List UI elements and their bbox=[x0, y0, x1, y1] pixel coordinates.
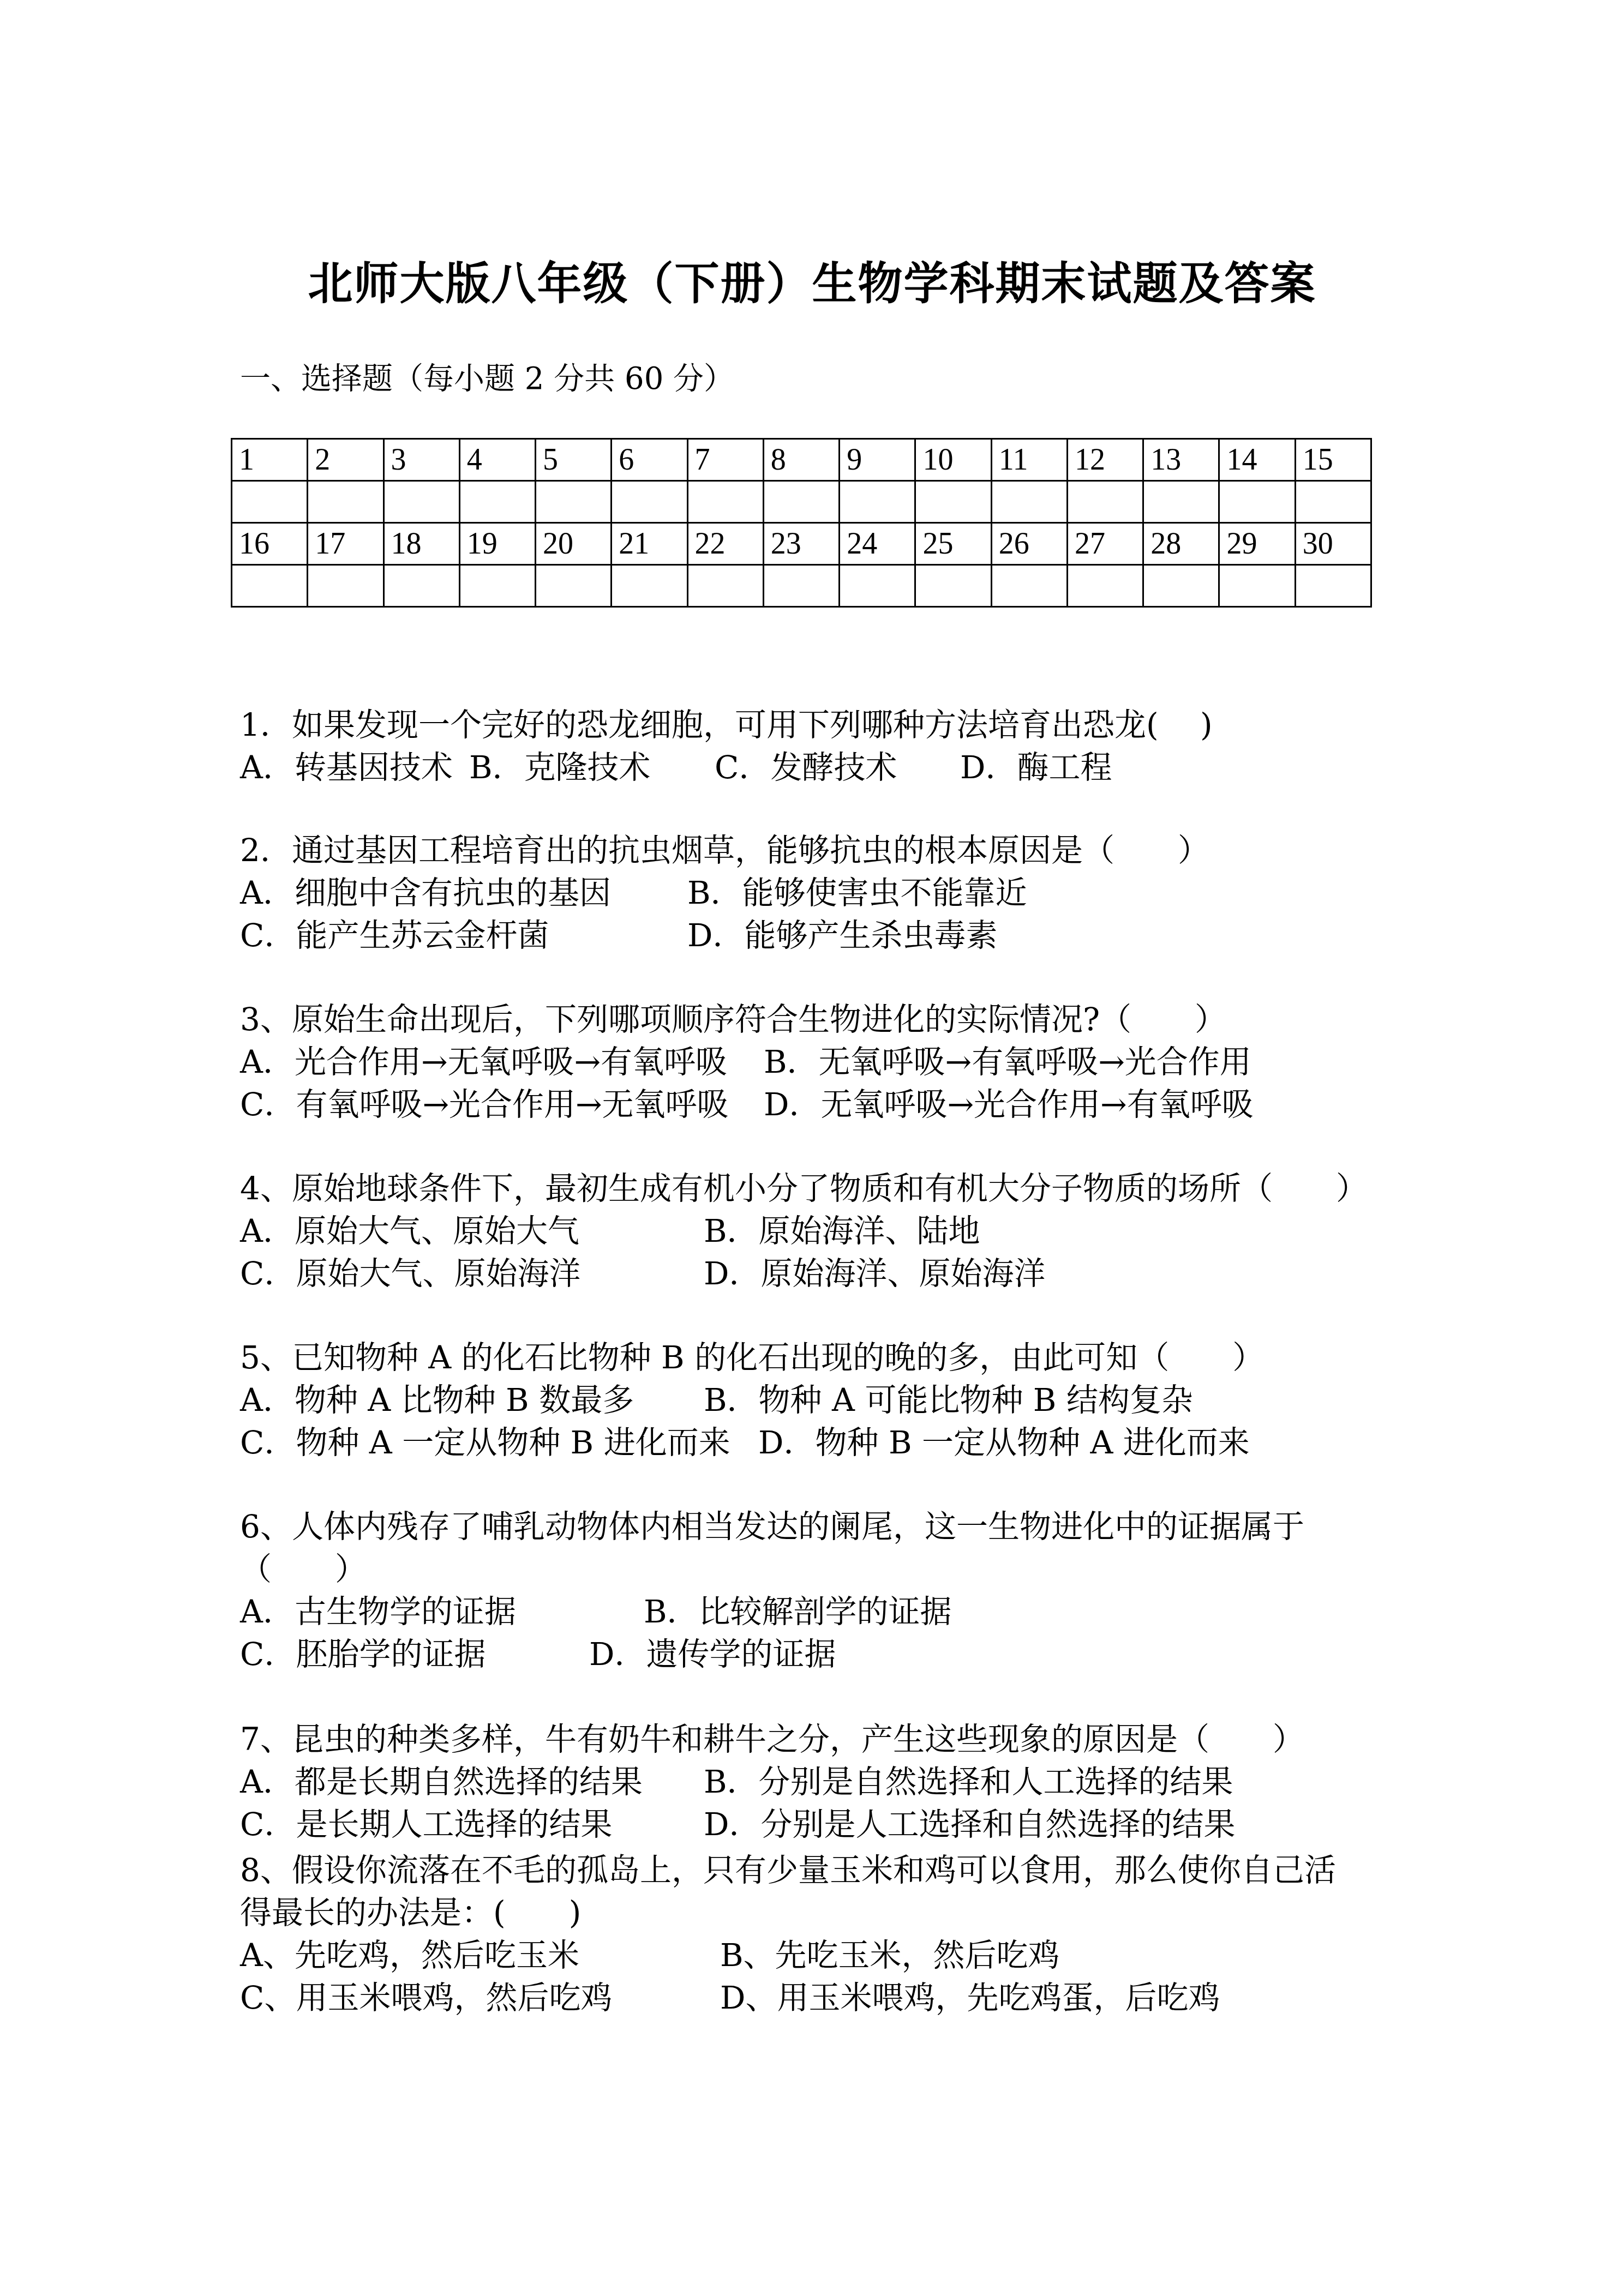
answer-cell[interactable] bbox=[915, 481, 991, 523]
options-row: C．是长期人工选择的结果D．分别是人工选择和自然选择的结果 bbox=[240, 1803, 1304, 1846]
question-number-cell: 13 bbox=[1143, 439, 1219, 481]
answer-cell[interactable] bbox=[1143, 481, 1219, 523]
question-stem: 5、已知物种 A 的化石比物种 B 的化石出现的晚的多，由此可知（ ） bbox=[240, 1336, 1264, 1379]
options-row: A．古生物学的证据B．比较解剖学的证据 bbox=[240, 1590, 1304, 1633]
options-row: A．光合作用→无氧呼吸→有氧呼吸B．无氧呼吸→有氧呼吸→光合作用 bbox=[240, 1041, 1254, 1083]
option-d: D．分别是人工选择和自然选择的结果 bbox=[704, 1803, 1236, 1846]
answer-cell[interactable] bbox=[1143, 565, 1219, 607]
question-number-cell: 9 bbox=[840, 439, 915, 481]
option-d: D．能够产生杀虫毒素 bbox=[687, 914, 998, 957]
question-5: 5、已知物种 A 的化石比物种 B 的化石出现的晚的多，由此可知（ ） A．物种… bbox=[240, 1336, 1264, 1464]
option-a: A．转基因技术 bbox=[240, 746, 469, 789]
question-number-cell: 7 bbox=[687, 439, 763, 481]
question-stem: 6、人体内残存了哺乳动物体内相当发达的阑尾，这一生物进化中的证据属于 bbox=[240, 1505, 1304, 1548]
answer-cell[interactable] bbox=[840, 565, 915, 607]
option-c: C．有氧呼吸→光合作用→无氧呼吸 bbox=[240, 1083, 764, 1126]
option-c: C．物种 A 一定从物种 B 进化而来 bbox=[240, 1421, 758, 1464]
question-stem: 3、原始生命出现后，下列哪项顺序符合生物进化的实际情况?（ ） bbox=[240, 998, 1254, 1041]
answer-cell[interactable] bbox=[687, 481, 763, 523]
question-number-cell: 8 bbox=[763, 439, 839, 481]
answer-cell[interactable] bbox=[763, 565, 839, 607]
question-stem: 7、昆虫的种类多样，牛有奶牛和耕牛之分，产生这些现象的原因是（ ） bbox=[240, 1718, 1304, 1760]
question-number-cell: 3 bbox=[383, 439, 459, 481]
answer-grid-numbers-row-2: 16 17 18 19 20 21 22 23 24 25 26 27 28 2… bbox=[232, 523, 1371, 565]
answer-cell[interactable] bbox=[687, 565, 763, 607]
question-number-cell: 16 bbox=[232, 523, 308, 565]
option-d: D．遗传学的证据 bbox=[589, 1633, 836, 1675]
question-number-cell: 21 bbox=[612, 523, 687, 565]
option-d: D．无氧呼吸→光合作用→有氧呼吸 bbox=[764, 1083, 1254, 1126]
option-a: A．都是长期自然选择的结果 bbox=[240, 1760, 704, 1803]
question-number-cell: 5 bbox=[536, 439, 612, 481]
answer-cell[interactable] bbox=[763, 481, 839, 523]
answer-cell[interactable] bbox=[536, 565, 612, 607]
options-row: C．物种 A 一定从物种 B 进化而来D．物种 B 一定从物种 A 进化而来 bbox=[240, 1421, 1264, 1464]
option-a: A．古生物学的证据 bbox=[240, 1590, 644, 1633]
question-number-cell: 27 bbox=[1067, 523, 1143, 565]
answer-cell[interactable] bbox=[915, 565, 991, 607]
option-c: C．原始大气、原始海洋 bbox=[240, 1252, 704, 1295]
question-number-cell: 20 bbox=[536, 523, 612, 565]
question-number-cell: 25 bbox=[915, 523, 991, 565]
question-stem-continued: 得最长的办法是：( ) bbox=[240, 1891, 1336, 1934]
option-d: D．原始海洋、原始海洋 bbox=[704, 1252, 1046, 1295]
question-stem: 2．通过基因工程培育出的抗虫烟草，能够抗虫的根本原因是（ ） bbox=[240, 829, 1209, 871]
answer-cell[interactable] bbox=[612, 481, 687, 523]
question-8: 8、假设你流落在不毛的孤岛上，只有少量玉米和鸡可以食用，那么使你自己活 得最长的… bbox=[240, 1849, 1336, 2019]
option-d: D、用玉米喂鸡，先吃鸡蛋，后吃鸡 bbox=[720, 1976, 1220, 2019]
answer-cell[interactable] bbox=[991, 565, 1067, 607]
options-row: C．胚胎学的证据D．遗传学的证据 bbox=[240, 1633, 1304, 1675]
option-c: C．是长期人工选择的结果 bbox=[240, 1803, 704, 1846]
question-number-cell: 19 bbox=[459, 523, 535, 565]
answer-cell[interactable] bbox=[383, 481, 459, 523]
question-stem-continued: （ ） bbox=[240, 1548, 1304, 1590]
question-1: 1．如果发现一个完好的恐龙细胞，可用下列哪种方法培育出恐龙( ) A．转基因技术… bbox=[240, 704, 1213, 789]
option-c: C、用玉米喂鸡，然后吃鸡 bbox=[240, 1976, 720, 2019]
question-number-cell: 26 bbox=[991, 523, 1067, 565]
option-a: A．原始大气、原始大气 bbox=[240, 1210, 704, 1252]
question-number-cell: 17 bbox=[308, 523, 383, 565]
option-a: A、先吃鸡，然后吃玉米 bbox=[240, 1934, 720, 1976]
answer-cell[interactable] bbox=[459, 565, 535, 607]
options-row: C．有氧呼吸→光合作用→无氧呼吸D．无氧呼吸→光合作用→有氧呼吸 bbox=[240, 1083, 1254, 1126]
question-stem: 1．如果发现一个完好的恐龙细胞，可用下列哪种方法培育出恐龙( ) bbox=[240, 704, 1213, 746]
question-stem: 4、原始地球条件下，最初生成有机小分了物质和有机大分子物质的场所（ ） bbox=[240, 1167, 1368, 1210]
option-b: B．原始海洋、陆地 bbox=[704, 1210, 980, 1252]
option-a: A．细胞中含有抗虫的基因 bbox=[240, 871, 687, 914]
option-d: D．物种 B 一定从物种 A 进化而来 bbox=[758, 1421, 1250, 1464]
question-number-cell: 29 bbox=[1219, 523, 1295, 565]
option-b: B．无氧呼吸→有氧呼吸→光合作用 bbox=[764, 1041, 1251, 1083]
options-row: A．物种 A 比物种 B 数最多B．物种 A 可能比物种 B 结构复杂 bbox=[240, 1379, 1264, 1421]
document-title: 北师大版八年级（下册）生物学科期末试题及答案 bbox=[0, 248, 1624, 312]
answer-cell[interactable] bbox=[232, 481, 308, 523]
option-d: D．酶工程 bbox=[960, 746, 1112, 789]
option-a: A．光合作用→无氧呼吸→有氧呼吸 bbox=[240, 1041, 764, 1083]
answer-grid-numbers-row-1: 1 2 3 4 5 6 7 8 9 10 11 12 13 14 15 bbox=[232, 439, 1371, 481]
answer-cell[interactable] bbox=[1219, 565, 1295, 607]
option-b: B．物种 A 可能比物种 B 结构复杂 bbox=[704, 1379, 1193, 1421]
answer-cell[interactable] bbox=[1295, 481, 1371, 523]
option-c: C．发酵技术 bbox=[715, 746, 960, 789]
options-row: C、用玉米喂鸡，然后吃鸡D、用玉米喂鸡，先吃鸡蛋，后吃鸡 bbox=[240, 1976, 1336, 2019]
question-number-cell: 12 bbox=[1067, 439, 1143, 481]
answer-cell[interactable] bbox=[232, 565, 308, 607]
options-row: A．转基因技术B．克隆技术C．发酵技术D．酶工程 bbox=[240, 746, 1213, 789]
answer-cell[interactable] bbox=[991, 481, 1067, 523]
question-number-cell: 1 bbox=[232, 439, 308, 481]
question-number-cell: 28 bbox=[1143, 523, 1219, 565]
option-b: B．比较解剖学的证据 bbox=[644, 1590, 952, 1633]
answer-cell[interactable] bbox=[1219, 481, 1295, 523]
question-number-cell: 11 bbox=[991, 439, 1067, 481]
section-heading: 一、选择题（每小题 2 分共 60 分） bbox=[240, 354, 734, 398]
answer-cell[interactable] bbox=[308, 565, 383, 607]
question-number-cell: 18 bbox=[383, 523, 459, 565]
question-stem: 8、假设你流落在不毛的孤岛上，只有少量玉米和鸡可以食用，那么使你自己活 bbox=[240, 1849, 1336, 1891]
option-a: A．物种 A 比物种 B 数最多 bbox=[240, 1379, 704, 1421]
options-row: A．原始大气、原始大气B．原始海洋、陆地 bbox=[240, 1210, 1368, 1252]
answer-cell[interactable] bbox=[536, 481, 612, 523]
question-number-cell: 10 bbox=[915, 439, 991, 481]
options-row: A、先吃鸡，然后吃玉米B、先吃玉米，然后吃鸡 bbox=[240, 1934, 1336, 1976]
question-number-cell: 2 bbox=[308, 439, 383, 481]
answer-cell[interactable] bbox=[1067, 481, 1143, 523]
question-number-cell: 14 bbox=[1219, 439, 1295, 481]
answer-grid: 1 2 3 4 5 6 7 8 9 10 11 12 13 14 15 16 1… bbox=[231, 438, 1372, 608]
answer-cell[interactable] bbox=[1067, 565, 1143, 607]
answer-cell[interactable] bbox=[308, 481, 383, 523]
option-b: B．分别是自然选择和人工选择的结果 bbox=[704, 1760, 1233, 1803]
answer-cell[interactable] bbox=[840, 481, 915, 523]
options-row: A．细胞中含有抗虫的基因B．能够使害虫不能靠近 bbox=[240, 871, 1209, 914]
options-row: C．原始大气、原始海洋D．原始海洋、原始海洋 bbox=[240, 1252, 1368, 1295]
question-number-cell: 30 bbox=[1295, 523, 1371, 565]
question-2: 2．通过基因工程培育出的抗虫烟草，能够抗虫的根本原因是（ ） A．细胞中含有抗虫… bbox=[240, 829, 1209, 957]
question-number-cell: 4 bbox=[459, 439, 535, 481]
question-number-cell: 24 bbox=[840, 523, 915, 565]
question-3: 3、原始生命出现后，下列哪项顺序符合生物进化的实际情况?（ ） A．光合作用→无… bbox=[240, 998, 1254, 1126]
answer-cell[interactable] bbox=[612, 565, 687, 607]
question-number-cell: 22 bbox=[687, 523, 763, 565]
question-7: 7、昆虫的种类多样，牛有奶牛和耕牛之分，产生这些现象的原因是（ ） A．都是长期… bbox=[240, 1718, 1304, 1846]
answer-grid-blank-row-2 bbox=[232, 565, 1371, 607]
options-row: A．都是长期自然选择的结果B．分别是自然选择和人工选择的结果 bbox=[240, 1760, 1304, 1803]
answer-cell[interactable] bbox=[383, 565, 459, 607]
question-number-cell: 6 bbox=[612, 439, 687, 481]
answer-cell[interactable] bbox=[459, 481, 535, 523]
answer-grid-blank-row-1 bbox=[232, 481, 1371, 523]
question-number-cell: 23 bbox=[763, 523, 839, 565]
option-b: B、先吃玉米，然后吃鸡 bbox=[720, 1934, 1060, 1976]
answer-cell[interactable] bbox=[1295, 565, 1371, 607]
option-c: C．能产生苏云金杆菌 bbox=[240, 914, 687, 957]
option-b: B．克隆技术 bbox=[469, 746, 715, 789]
question-6: 6、人体内残存了哺乳动物体内相当发达的阑尾，这一生物进化中的证据属于 （ ） A… bbox=[240, 1505, 1304, 1675]
option-b: B．能够使害虫不能靠近 bbox=[687, 871, 1027, 914]
question-4: 4、原始地球条件下，最初生成有机小分了物质和有机大分子物质的场所（ ） A．原始… bbox=[240, 1167, 1368, 1295]
question-number-cell: 15 bbox=[1295, 439, 1371, 481]
options-row: C．能产生苏云金杆菌D．能够产生杀虫毒素 bbox=[240, 914, 1209, 957]
option-c: C．胚胎学的证据 bbox=[240, 1633, 589, 1675]
